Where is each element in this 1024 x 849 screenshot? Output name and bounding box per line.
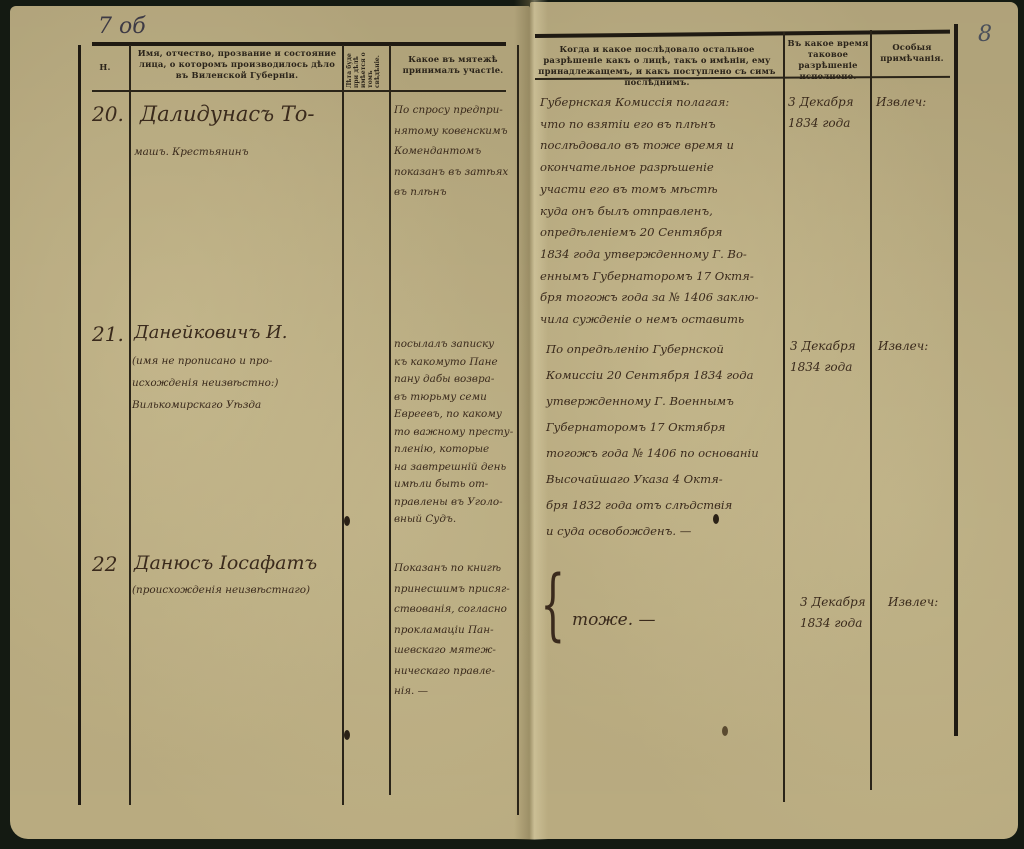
left-page-number: 7 об [98,14,146,39]
notes-cell: Извлеч: [888,592,938,613]
text-line: 1834 года утвержденному Г. Во- [540,244,758,266]
text-line: Комендантомъ [394,141,508,162]
text-line: что по взятіи его въ плѣнъ [540,114,758,136]
notes-cell: Извлеч: [876,92,926,113]
text-line: пленію, которые [394,441,513,459]
name-details: (имя не прописано и про- исхожденія неиз… [132,350,278,416]
text-line: принесшимъ присяг- [394,579,510,600]
text-line: на завтрешній день [394,459,513,477]
text-line: прокламаціи Пан- [394,620,510,641]
col-divider-resolution [783,32,785,802]
participation-cell: посылалъ записку къ какомуто Пане пану д… [394,336,513,529]
top-rule-left [92,42,506,46]
text-line: ническаго правле- [394,661,510,682]
col-divider-participation [517,45,519,815]
header-notes: Особыя примѣчанія. [872,42,952,64]
participation-cell: Показанъ по книгѣ принесшимъ присяг- ств… [394,558,510,702]
participation-cell: По спросу предпри- нятому ковенскимъ Ком… [394,100,508,203]
header-rule-left [92,90,506,92]
curly-brace: { [540,560,565,650]
text-line: 3 Декабря [790,336,856,357]
executed-cell: 3 Декабря 1834 года [790,336,856,378]
text-line: 1834 года [800,613,866,634]
text-line: Губернаторомъ 17 Октября [546,414,759,440]
text-line: шевскаго мятеж- [394,640,510,661]
text-line: въ плѣнъ [394,182,508,203]
text-line: исхожденія неизвѣстно:) [132,372,278,394]
text-line: Вилькомирскаго Уѣзда [132,394,278,416]
header-number: Н. [82,62,128,73]
text-line: то важному престу- [394,424,513,442]
text-line: показанъ въ затѣях [394,162,508,183]
text-line: утвержденному Г. Военнымъ [546,388,759,414]
text-line: 1834 года [790,357,856,378]
row-number: 21. [92,322,124,346]
name-line: Данюсъ Іосафатъ [134,552,317,574]
text-line: пану дабы возвра- [394,371,513,389]
text-line: участи его въ томъ мѣстѣ [540,179,758,201]
text-line: куда онъ былъ отправленъ, [540,201,758,223]
executed-cell: 3 Декабря 1834 года [800,592,866,634]
text-line: Показанъ по книгѣ [394,558,510,579]
text-line: тогожъ года № 1406 по основаніи [546,440,759,466]
name-line: Далидунасъ То- [140,102,315,126]
text-line: нія. — [394,681,510,702]
text-line: Комиссіи 20 Сентября 1834 года [546,362,759,388]
right-page-number: 8 [978,22,992,47]
resolution-cell: Губернская Комиссія полагая: что по взят… [540,92,758,331]
text-line: По опредѣленію Губернской [546,336,759,362]
notes-cell: Извлеч: [878,336,928,357]
binding-hole [713,514,719,524]
binding-hole [722,726,728,736]
binding-hole [344,730,350,740]
col-divider-dates [389,45,391,795]
text-line: къ какомуто Пане [394,354,513,372]
text-line: ствованія, согласно [394,599,510,620]
text-line: Высочайшаго Указа 4 Октя- [546,466,759,492]
text-line: чила сужденіе о немъ оставить [540,309,758,331]
text-line: нятому ковенскимъ [394,121,508,142]
text-line: 1834 года [788,113,854,134]
executed-cell: 3 Декабря 1834 года [788,92,854,134]
col-divider-number [129,45,131,805]
text-line: и суда освобожденъ. — [546,518,759,544]
resolution-cell: тоже. — [572,610,656,630]
text-line: бря 1832 года отъ слѣдствія [546,492,759,518]
text-line: окончательное разрѣшеніе [540,157,758,179]
name-line: Данейковичъ И. [134,322,287,343]
resolution-cell: По опредѣленію Губернской Комиссіи 20 Се… [546,336,759,544]
text-line: посылалъ записку [394,336,513,354]
header-dates: Лѣта буде при дѣлѣ имѣется о томъ свѣдѣн… [346,48,386,88]
text-line: (имя не прописано и про- [132,350,278,372]
text-line: въ тюрьму семи [394,389,513,407]
text-line: имѣли быть от- [394,476,513,494]
row-number: 20. [92,102,124,126]
text-line: еннымъ Губернаторомъ 17 Октя- [540,266,758,288]
text-line: послѣдовало въ тоже время и [540,135,758,157]
row-number: 22 [92,552,117,576]
text-line: 3 Декабря [788,92,854,113]
text-line: 3 Декабря [800,592,866,613]
header-participation: Какое въ мятежѣ принималъ участіе. [392,54,514,76]
header-executed: Въ какое время таковое разрѣшеніе исполн… [786,38,870,82]
text-line: правлены въ Уголо- [394,494,513,512]
left-border [78,45,81,805]
header-resolution: Когда и какое послѣдовало остальное разр… [532,44,782,88]
text-line: бря тогожъ года за № 1406 заклю- [540,287,758,309]
right-border [954,24,958,736]
col-divider-name [342,45,344,805]
text-line: вный Судъ. [394,511,513,529]
text-line: По спросу предпри- [394,100,508,121]
name-line: машъ. Крестьянинъ [134,142,249,163]
col-divider-executed [870,30,872,790]
binding-hole [344,516,350,526]
text-line: опредѣленіемъ 20 Сентября [540,222,758,244]
text-line: Евреевъ, по какому [394,406,513,424]
header-name: Имя, отчество, прозвание и состояние лиц… [132,48,342,81]
text-line: Губернская Комиссія полагая: [540,92,758,114]
name-line: (происхожденія неизвѣстнаго) [132,580,310,601]
